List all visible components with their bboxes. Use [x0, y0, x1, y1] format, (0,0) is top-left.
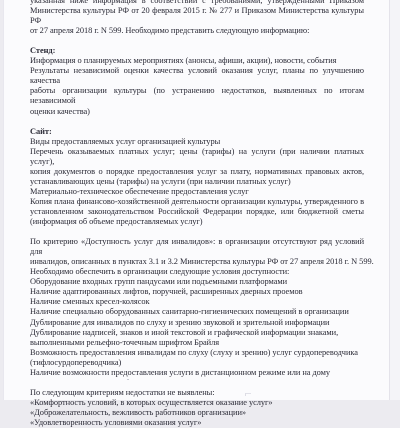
document-body: указанная ниже информация в соответствии…: [30, 0, 364, 400]
accessibility-item: Наличие адаптированных лифтов, поручней,…: [30, 287, 364, 297]
intro-line: от 27 апреля 2018 г. N 599. Необходимо п…: [30, 26, 364, 36]
spacer: [30, 36, 364, 46]
page-edge: [390, 0, 400, 400]
no-issues-item: По следующим критериям недостатки не выя…: [30, 388, 364, 398]
accessibility-item: (тифлосурдопереводчика): [30, 358, 364, 368]
site-item: Перечень оказываемых платных услуг; цены…: [30, 147, 364, 167]
accessibility-item: Наличие сменных кресел-колясок: [30, 297, 364, 307]
site-item: устанавливающих цены (тарифы) на услуги …: [30, 177, 364, 187]
accessibility-item: Возможность предоставления инвалидам по …: [30, 348, 364, 358]
scan-speck: [245, 393, 246, 396]
spacer: [30, 227, 364, 237]
accessibility-item: По критерию «Доступность услуг для инвал…: [30, 237, 364, 257]
stand-item: работы организации культуры (по устранен…: [30, 86, 364, 106]
spacer: [30, 378, 364, 388]
stand-item: оценки качества): [30, 107, 364, 117]
site-heading: Сайт:: [30, 127, 364, 137]
site-item: копия документов о порядке предоставлени…: [30, 167, 364, 177]
accessibility-item: Дублирование для инвалидов по слуху и зр…: [30, 318, 364, 328]
accessibility-item: выполненными рельефно-точечным шрифтом Б…: [30, 338, 364, 348]
accessibility-item: Наличие возможности предоставления услуг…: [30, 368, 364, 378]
spacer: [30, 117, 364, 127]
scan-speck: [133, 392, 135, 393]
intro-line: Министерства культуры РФ от 20 февраля 2…: [30, 6, 364, 26]
stand-item: Информация о планируемых мероприятиях (а…: [30, 56, 364, 66]
site-item: Виды предоставляемых услуг организацией …: [30, 137, 364, 147]
stand-item: Результаты независимой оценки качества у…: [30, 66, 364, 86]
site-item: Материально-техническое обеспечение пред…: [30, 187, 364, 197]
accessibility-item: Дублирование надписей, знаков и иной тек…: [30, 328, 364, 338]
accessibility-item: инвалидов, описанных в пунктах 3.1 и 3.2…: [30, 257, 364, 267]
site-item: Копия плана финансово-хозяйственной деят…: [30, 197, 364, 207]
accessibility-item: Наличие специально оборудованных санитар…: [30, 307, 364, 317]
accessibility-item: Оборудование входных групп пандусами или…: [30, 277, 364, 287]
site-item: (информация об объеме предоставляемых ус…: [30, 217, 364, 227]
scan-speck: [127, 379, 129, 380]
accessibility-item: Необходимо обеспечить в организации след…: [30, 267, 364, 277]
site-item: установленном законодательством Российск…: [30, 207, 364, 217]
stand-heading: Стенд:: [30, 46, 364, 56]
